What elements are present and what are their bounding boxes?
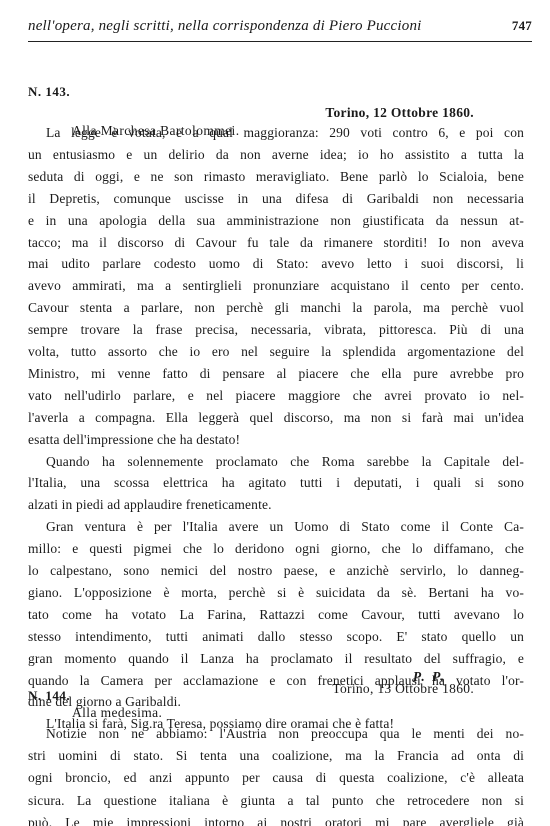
text-line: tacco; ma il discorso di Cavour fu tale …: [28, 235, 524, 251]
text-line: La legge è votata, e a qual maggioranza:…: [46, 125, 524, 141]
text-line: Cavour stenta a parlare, non perchè gli …: [28, 300, 524, 316]
running-head: nell'opera, negli scritti, nella corrisp…: [28, 18, 532, 35]
document-page: nell'opera, negli scritti, nella corrisp…: [0, 0, 550, 826]
text-line: stri uomini di stato. Si tenta una coali…: [28, 748, 524, 764]
text-line: Ministro, mi venne fatto di pensare al p…: [28, 366, 524, 382]
text-line: millo: e questi pigmei che lo deridono o…: [28, 541, 524, 557]
text-line: esatta dell'impressione che ha destato!: [28, 432, 524, 448]
letter-dateline: Torino, 13 Ottobre 1860.: [332, 681, 474, 697]
text-line: giano. L'opposizione è morta, perchè si …: [28, 585, 524, 601]
text-line: l'Italia, una scossa elettrica ha agitat…: [28, 475, 524, 491]
text-line: Quando ha solennemente proclamato che Ro…: [46, 454, 524, 470]
header-rule: [28, 41, 532, 42]
text-line: gran momento quando il Lanza ha proclama…: [28, 651, 524, 667]
text-line: un entusiasmo e un delirio da non averne…: [28, 147, 524, 163]
text-line: vato nell'udirlo parlare, e nel piacere …: [28, 388, 524, 404]
letter-salutation: Alla medesima.: [72, 705, 162, 721]
text-line: sicura. La questione italiana è giunta a…: [28, 793, 524, 809]
text-line: tato come ha votato La Farina, Rattazzi …: [28, 607, 524, 623]
text-line: sempre trovare la frase precisa, necessa…: [28, 322, 524, 338]
text-line: e in una apologia della sua amministrazi…: [28, 213, 524, 229]
letter-dateline: Torino, 12 Ottobre 1860.: [325, 105, 474, 121]
text-line: il Depretis, comunque uscisse in una dif…: [28, 191, 524, 207]
letter-number: N. 143.: [28, 84, 70, 100]
text-line: avevo ammirati, ma a sentirglieli pronun…: [28, 278, 524, 294]
text-line: mai udito parlare codesto uomo di Stato:…: [28, 256, 524, 272]
text-line: Notizie non ne abbiamo: l'Austria non pr…: [46, 726, 524, 742]
text-line: lo calpestano, sono nemici del nostro pa…: [28, 563, 524, 579]
text-line: Gran ventura è per l'Italia avere un Uom…: [46, 519, 524, 535]
page-number: 747: [512, 18, 532, 34]
text-line: ogni broncio, ed anzi appunto per causa …: [28, 770, 524, 786]
letter-number: N. 144.: [28, 688, 70, 704]
text-line: può. Le mie impressioni intorno ai nostr…: [28, 815, 524, 826]
text-line: volta, tutto assorto che io ero nel segu…: [28, 344, 524, 360]
text-line: stesso intendimento, tutti animati dallo…: [28, 629, 524, 645]
text-line: l'averla a compagna. Ella leggerà quel d…: [28, 410, 524, 426]
text-line: alzati in piedi ad applaudire freneticam…: [28, 497, 524, 513]
text-line: seduta di oggi, e ne son rimasto meravig…: [28, 169, 524, 185]
running-head-title: nell'opera, negli scritti, nella corrisp…: [28, 18, 422, 35]
